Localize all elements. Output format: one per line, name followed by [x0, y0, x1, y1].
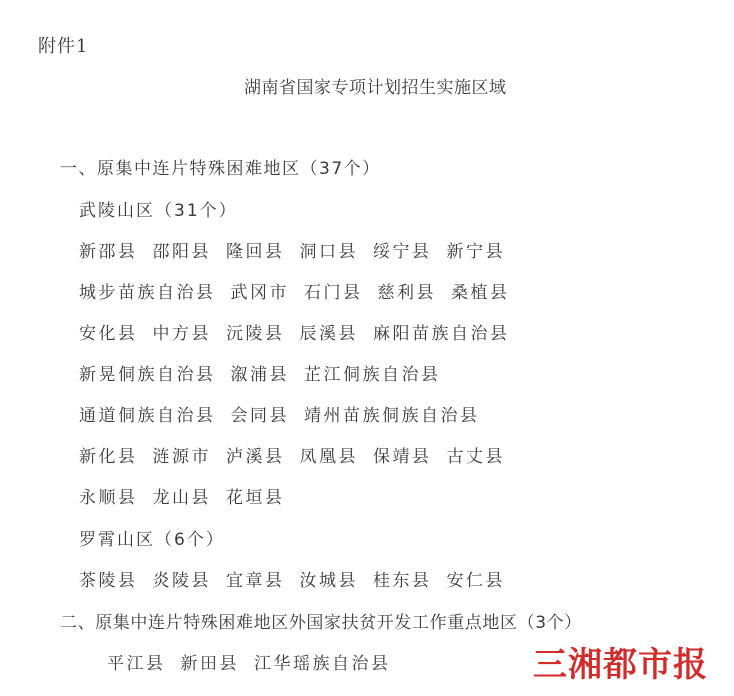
county-name: 龙山县 — [153, 483, 212, 508]
county-name: 辰溪县 — [300, 319, 359, 344]
county-row: 新邵县 邵阳县 隆回县 洞口县 绥宁县 新宁县 — [79, 237, 520, 262]
subregion-heading-wuling: 武陵山区（31个） — [79, 196, 238, 221]
county-name: 桑植县 — [451, 278, 510, 303]
county-row: 新晃侗族自治县 溆浦县 芷江侗族自治县 — [79, 360, 456, 385]
county-row: 安化县 中方县 沅陵县 辰溪县 麻阳苗族自治县 — [79, 319, 525, 344]
county-name: 新邵县 — [79, 237, 138, 262]
county-name: 宜章县 — [226, 566, 285, 591]
county-name: 新田县 — [181, 649, 240, 674]
county-name: 绥宁县 — [373, 237, 432, 262]
county-name: 中方县 — [153, 319, 212, 344]
county-row: 新化县 涟源市 泸溪县 凤凰县 保靖县 古丈县 — [79, 442, 520, 467]
county-row: 城步苗族自治县 武冈市 石门县 慈利县 桑植县 — [79, 278, 525, 303]
county-name: 新宁县 — [447, 237, 506, 262]
county-name: 永顺县 — [79, 483, 138, 508]
section-heading-2: 二、原集中连片特殊困难地区外国家扶贫开发工作重点地区（3个） — [60, 608, 582, 633]
county-name: 会同县 — [231, 401, 290, 426]
document-title: 湖南省国家专项计划招生实施区域 — [244, 73, 507, 98]
section-heading-1: 一、原集中连片特殊困难地区（37个） — [60, 154, 381, 179]
county-name: 炎陵县 — [153, 566, 212, 591]
attachment-label: 附件1 — [38, 32, 88, 58]
county-name: 花垣县 — [226, 483, 285, 508]
county-name: 涟源市 — [153, 442, 212, 467]
county-name: 慈利县 — [378, 278, 437, 303]
county-name: 溆浦县 — [231, 360, 290, 385]
county-name: 邵阳县 — [153, 237, 212, 262]
county-name: 茶陵县 — [79, 566, 138, 591]
newspaper-watermark-logo: 三湘都市报 — [533, 645, 708, 685]
county-name: 城步苗族自治县 — [79, 278, 216, 303]
county-name: 洞口县 — [300, 237, 359, 262]
county-name: 新晃侗族自治县 — [79, 360, 216, 385]
county-name: 石门县 — [304, 278, 363, 303]
county-name: 新化县 — [79, 442, 138, 467]
county-row: 通道侗族自治县 会同县 靖州苗族侗族自治县 — [79, 401, 495, 426]
county-name: 武冈市 — [231, 278, 290, 303]
county-row: 永顺县 龙山县 花垣县 — [79, 483, 300, 508]
county-name: 平江县 — [107, 649, 166, 674]
county-row: 茶陵县 炎陵县 宜章县 汝城县 桂东县 安仁县 — [79, 566, 520, 591]
subregion-heading-luoxiao: 罗霄山区（6个） — [79, 525, 225, 550]
county-name: 靖州苗族侗族自治县 — [304, 401, 480, 426]
county-name: 桂东县 — [373, 566, 432, 591]
county-name: 安化县 — [79, 319, 138, 344]
county-name: 汝城县 — [300, 566, 359, 591]
county-name: 通道侗族自治县 — [79, 401, 216, 426]
county-name: 古丈县 — [447, 442, 506, 467]
county-name: 芷江侗族自治县 — [304, 360, 441, 385]
county-name: 麻阳苗族自治县 — [373, 319, 510, 344]
county-name: 江华瑶族自治县 — [254, 649, 391, 674]
county-name: 凤凰县 — [300, 442, 359, 467]
county-name: 安仁县 — [447, 566, 506, 591]
county-name: 隆回县 — [226, 237, 285, 262]
county-name: 沅陵县 — [226, 319, 285, 344]
county-row: 平江县 新田县 江华瑶族自治县 — [107, 649, 406, 674]
county-name: 泸溪县 — [226, 442, 285, 467]
county-name: 保靖县 — [373, 442, 432, 467]
